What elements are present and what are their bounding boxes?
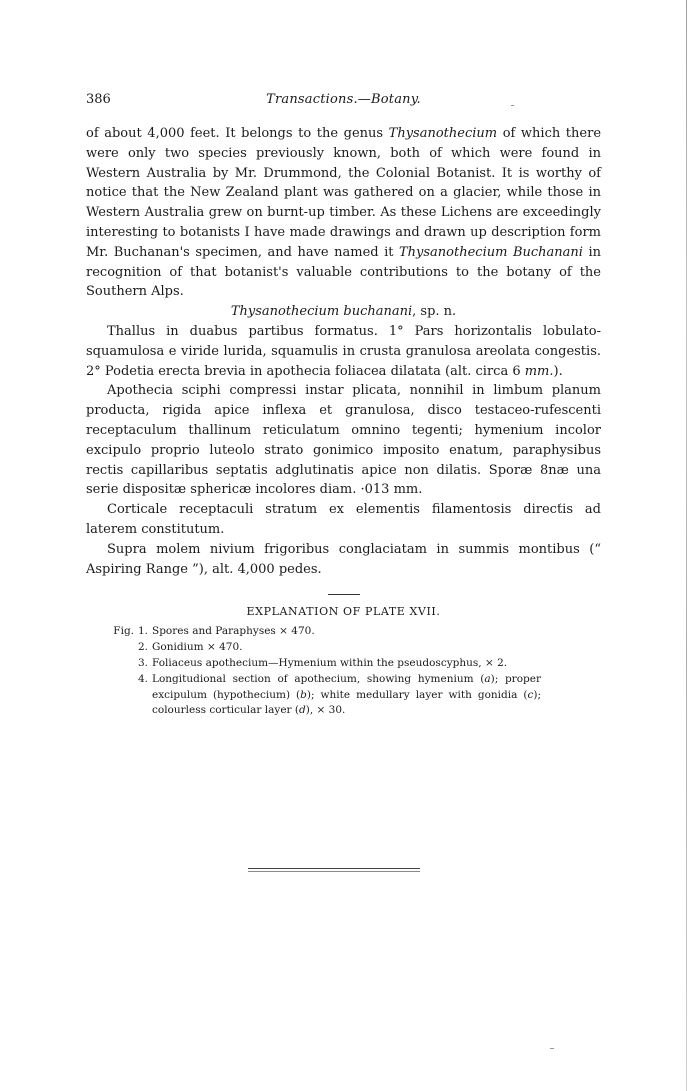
figure-caption: 4. Longitudional section of apothecium, … xyxy=(86,672,601,719)
print-speck xyxy=(511,105,514,106)
page: 386 Transactions.—Botany. of about 4,000… xyxy=(86,92,601,719)
figure-caption: Fig. 1. Spores and Paraphyses × 470. xyxy=(86,624,601,640)
print-speck xyxy=(550,1048,554,1049)
print-speck xyxy=(560,503,561,505)
figure-caption: 3. Foliaceus apothecium—Hymenium within … xyxy=(86,656,601,672)
paragraph-apothecia: Apothecia sciphi compressi instar plicat… xyxy=(86,381,601,500)
species-heading: Thysanothecium buchanani, sp. n. xyxy=(86,302,601,322)
page-edge-line xyxy=(686,0,687,1091)
paragraph-intro: of about 4,000 feet. It belongs to the g… xyxy=(86,124,601,302)
end-rule xyxy=(248,868,420,872)
explanation-list: Fig. 1. Spores and Paraphyses × 470. 2. … xyxy=(86,624,601,719)
body-text: of about 4,000 feet. It belongs to the g… xyxy=(86,124,601,579)
explanation-title: EXPLANATION OF PLATE XVII. xyxy=(86,605,601,618)
figure-caption: 2. Gonidium × 470. xyxy=(86,640,601,656)
section-divider xyxy=(328,594,360,595)
species-name: Thysanothecium Buchanani xyxy=(399,245,583,260)
paragraph-habitat: Supra molem nivium frigoribus conglaciat… xyxy=(86,540,601,580)
running-head: 386 Transactions.—Botany. xyxy=(86,92,601,114)
paragraph-thallus: Thallus in duabus partibus formatus. 1° … xyxy=(86,322,601,381)
genus-name: Thysanothecium xyxy=(389,126,497,141)
paragraph-corticale: Corticale receptaculi stratum ex element… xyxy=(86,500,601,540)
running-head-title: Transactions.—Botany. xyxy=(86,92,601,107)
